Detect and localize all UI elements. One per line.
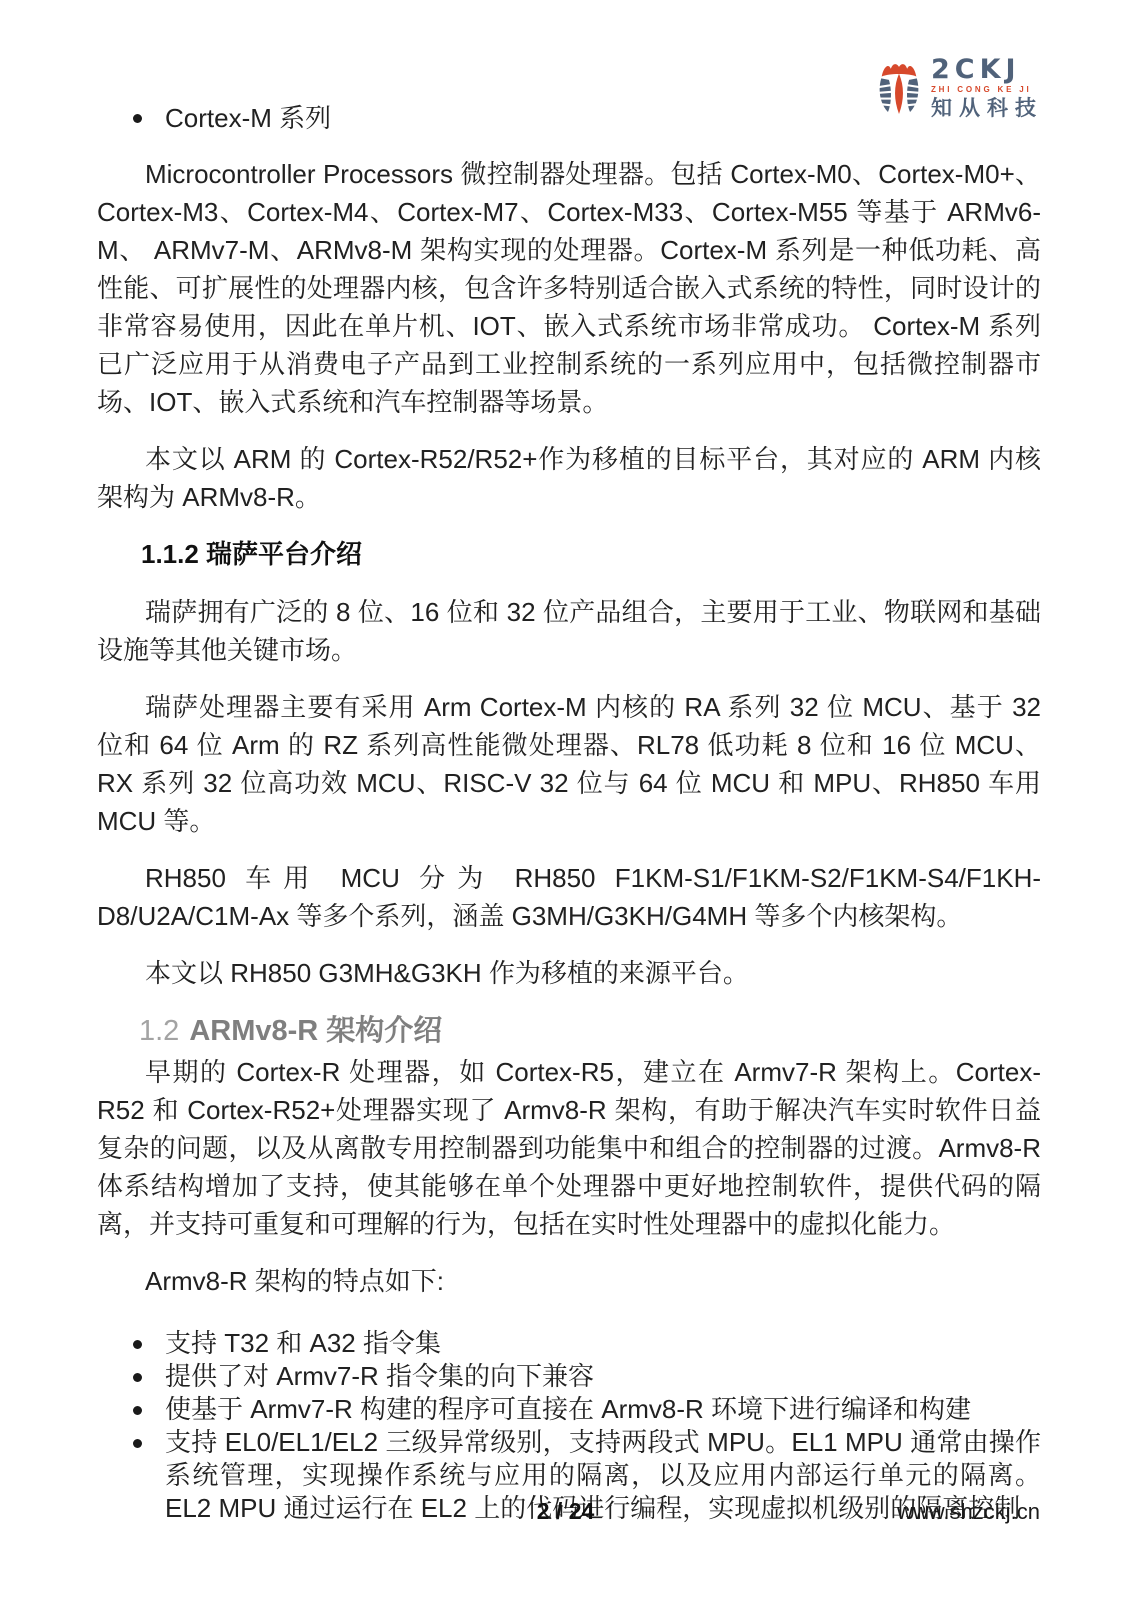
paragraph-source-platform: 本文以 RH850 G3MH&G3KH 作为移植的来源平台。 — [97, 954, 1041, 992]
paragraph-rh850-series: RH850 车用 MCU 分为 RH850 F1KM-S1/F1KM-S2/F1… — [97, 859, 1041, 935]
page-footer: 2 / 24 www.shzckj.cn — [0, 1498, 1131, 1532]
paragraph-renesas-processors: 瑞萨处理器主要有采用 Arm Cortex-M 内核的 RA 系列 32 位 M… — [97, 688, 1041, 840]
bullet-icon — [133, 1340, 142, 1349]
section-heading-1-2: 1.2ARMv8-R 架构介绍 — [139, 1011, 1041, 1051]
feature-item: 使基于 Armv7-R 构建的程序可直接在 Armv8-R 环境下进行编译和构建 — [97, 1393, 1041, 1426]
paragraph-target-platform: 本文以 ARM 的 Cortex-R52/R52+作为移植的目标平台，其对应的 … — [97, 440, 1041, 516]
feature-item-text: 支持 T32 和 A32 指令集 — [165, 1327, 1041, 1360]
bullet-icon — [133, 114, 142, 123]
feature-item: 提供了对 Armv7-R 指令集的向下兼容 — [97, 1360, 1041, 1393]
paragraph-armv8r-intro: 早期的 Cortex-R 处理器，如 Cortex-R5，建立在 Armv7-R… — [97, 1053, 1041, 1243]
feature-item-text: 提供了对 Armv7-R 指令集的向下兼容 — [165, 1360, 1041, 1393]
list-item-cortex-m: Cortex-M 系列 — [97, 103, 1041, 133]
list-item-label: Cortex-M 系列 — [165, 103, 331, 133]
page-number: 2 / 24 — [537, 1498, 595, 1525]
logo-pinyin-text: ZHI CONG KE JI — [931, 86, 1043, 94]
section-title: ARMv8-R 架构介绍 — [189, 1015, 442, 1047]
bullet-icon — [133, 1373, 142, 1382]
paragraph-renesas-overview: 瑞萨拥有广泛的 8 位、16 位和 32 位产品组合，主要用于工业、物联网和基础… — [97, 593, 1041, 669]
section-heading-1-1-2: 1.1.2 瑞萨平台介绍 — [141, 535, 1041, 573]
armv8r-feature-list: 支持 T32 和 A32 指令集 提供了对 Armv7-R 指令集的向下兼容 使… — [97, 1327, 1041, 1525]
paragraph-cortex-m-description: Microcontroller Processors 微控制器处理器。包括 Co… — [97, 155, 1041, 421]
feature-item-text: 使基于 Armv7-R 构建的程序可直接在 Armv8-R 环境下进行编译和构建 — [165, 1393, 1041, 1426]
section-number: 1.2 — [139, 1015, 179, 1047]
bullet-icon — [133, 1406, 142, 1415]
logo-brand-text: 2CKJ — [931, 56, 1043, 83]
feature-item: 支持 T32 和 A32 指令集 — [97, 1327, 1041, 1360]
bullet-icon — [133, 1439, 142, 1448]
document-page: 2CKJ ZHI CONG KE JI 知从科技 Cortex-M 系列 Mic… — [0, 0, 1131, 1600]
document-content: Cortex-M 系列 Microcontroller Processors 微… — [97, 103, 1041, 1525]
website-link[interactable]: www.shzckj.cn — [897, 1499, 1040, 1525]
paragraph-features-intro: Armv8-R 架构的特点如下: — [97, 1262, 1041, 1300]
